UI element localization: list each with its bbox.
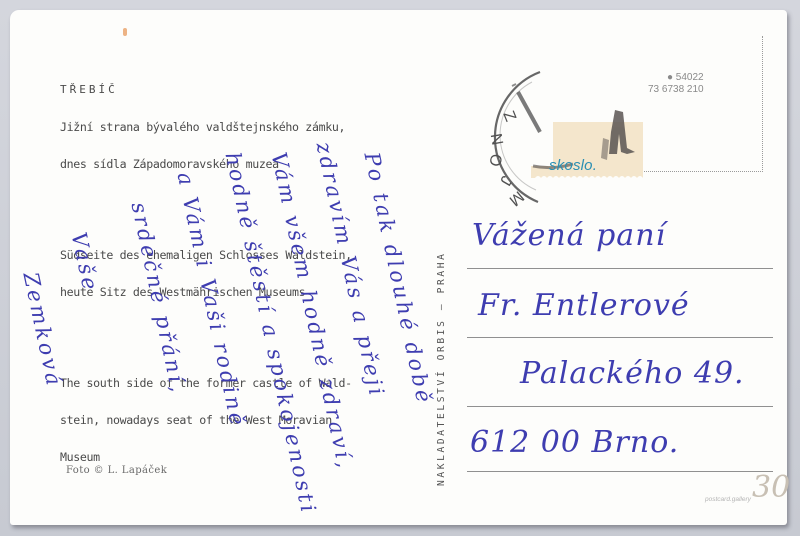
stamp-code-line: ● 54022 [648, 72, 704, 84]
svg-text:O: O [485, 152, 504, 167]
postmark-icon: Z N O J M [478, 62, 628, 212]
caption-czech-line: Jižní strana bývalého valdštejnského zám… [60, 121, 352, 133]
svg-text:N: N [487, 132, 506, 146]
caption-czech-line: dnes sídla Západomoravského muzea [60, 158, 352, 170]
address-line-rule [467, 268, 773, 270]
address-line-rule [467, 406, 773, 408]
svg-text:J: J [496, 173, 515, 188]
publisher-imprint: NAKLADATELSTVÍ ORBIS — PRAHA [436, 251, 447, 486]
pencil-note: 30 [752, 470, 790, 505]
address-recipient-salutation: Vážená paní [472, 218, 666, 253]
address-line-rule [467, 471, 773, 473]
caption-english-line: stein, nowadays seat of the West Moravia… [60, 414, 352, 426]
address-recipient-name: Fr. Entlerové [478, 288, 690, 323]
svg-text:Z: Z [499, 109, 519, 125]
address-street: Palackého 49. [520, 356, 745, 391]
address-city: 612 00 Brno. [470, 425, 679, 460]
photo-credit: Foto © L. Lapáček [66, 465, 167, 476]
background: TŘEBÍČ Jižní strana bývalého valdštejnsk… [0, 0, 800, 536]
address-line-rule [467, 337, 773, 339]
svg-text:M: M [506, 187, 527, 209]
caption-english-line: The south side of the former castle of W… [60, 377, 352, 389]
stamp-code: ● 54022 73 6738 210 [648, 72, 704, 96]
stamp-code-line: 73 6738 210 [648, 84, 704, 96]
caption-title: TŘEBÍČ [60, 84, 352, 96]
watermark: postcard.gallery [705, 496, 751, 503]
